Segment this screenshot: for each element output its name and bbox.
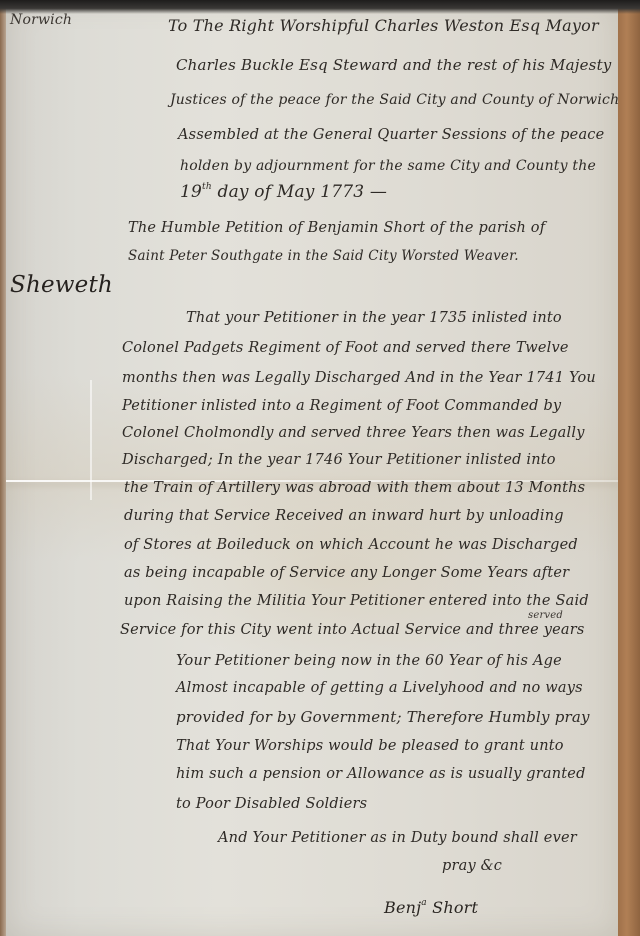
petition-intro-line-2: Saint Peter Southgate in the Said City W…: [128, 248, 519, 264]
prayer-line-3: provided for by Government; Therefore Hu…: [176, 708, 590, 726]
body-line-4: Petitioner inlisted into a Regiment of F…: [122, 398, 561, 414]
prayer-line-4: That Your Worships would be pleased to g…: [176, 738, 564, 754]
body-line-9: of Stores at Boileduck on which Account …: [124, 537, 578, 553]
prayer-line-6: to Poor Disabled Soldiers: [176, 796, 367, 812]
body-line-12: Service for this City went into Actual S…: [120, 622, 585, 638]
body-line-10: as being incapable of Service any Longer…: [124, 565, 569, 581]
body-line-11: upon Raising the Militia Your Petitioner…: [124, 593, 589, 609]
body-line-7: the Train of Artillery was abroad with t…: [124, 480, 585, 496]
body-line-8: during that Service Received an inward h…: [124, 508, 564, 524]
date-day-suffix: th: [202, 182, 212, 192]
address-line-4: Assembled at the General Quarter Session…: [178, 127, 604, 143]
signature-given-name: Benj: [384, 898, 421, 917]
vertical-fold-crease: [90, 380, 92, 500]
prayer-line-2: Almost incapable of getting a Livelyhood…: [176, 680, 583, 696]
address-line-3: Justices of the peace for the Said City …: [170, 92, 619, 108]
prayer-line-1: Your Petitioner being now in the 60 Year…: [176, 653, 562, 669]
body-line-1: That your Petitioner in the year 1735 in…: [186, 310, 562, 326]
signature-given-sup: a: [421, 898, 427, 908]
address-line-2: Charles Buckle Esq Steward and the rest …: [176, 56, 611, 74]
top-shadow: [0, 0, 640, 14]
closing-line-2: pray &c: [442, 858, 502, 874]
date-day: 19: [180, 182, 202, 202]
frame-right-edge: [618, 0, 640, 936]
body-line-3: months then was Legally Discharged And i…: [122, 370, 596, 386]
date-line: 19th day of May 1773 —: [180, 182, 387, 202]
sheweth-heading: Sheweth: [10, 272, 113, 298]
interlinear-insertion: served: [528, 610, 563, 621]
prayer-line-5: him such a pension or Allowance as is us…: [176, 766, 586, 782]
body-line-6: Discharged; In the year 1746 Your Petiti…: [122, 452, 556, 468]
body-line-2: Colonel Padgets Regiment of Foot and ser…: [122, 340, 569, 356]
signature-surname: Short: [432, 898, 478, 917]
closing-line-1: And Your Petitioner as in Duty bound sha…: [218, 830, 577, 846]
address-line-1: To The Right Worshipful Charles Weston E…: [168, 16, 599, 35]
address-line-5: holden by adjournment for the same City …: [180, 158, 596, 174]
date-rest: day of May 1773 —: [217, 182, 387, 202]
margin-place-label: Norwich: [10, 12, 72, 28]
body-line-5: Colonel Cholmondly and served three Year…: [122, 425, 585, 441]
signature: Benja Short: [384, 898, 478, 917]
petition-intro-line-1: The Humble Petition of Benjamin Short of…: [128, 220, 545, 236]
